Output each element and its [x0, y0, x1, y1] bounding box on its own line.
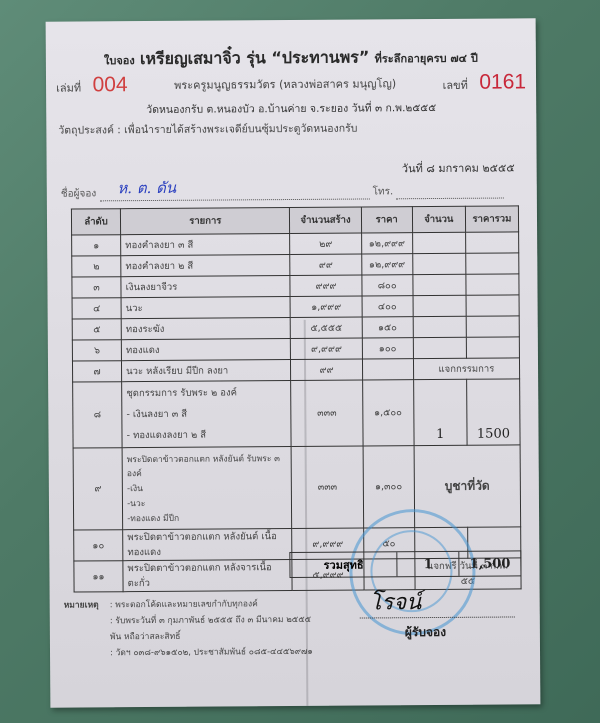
row-price	[362, 359, 413, 380]
row-number: ๙	[73, 448, 123, 530]
total-label: รวมสุทธิ	[290, 552, 397, 577]
notes: หมายเหตุ : พระตอกโค้ดและหมายเลขกำกับทุกอ…	[64, 596, 313, 662]
table-header: ลำดับ รายการ จำนวนสร้าง ราคา จำนวน ราคาร…	[71, 206, 518, 235]
note-line: : วัดฯ ๐๓๘-๙๖๑๕๐๒, ประชาสัมพันธ์ ๐๘๕-๔๔๕…	[110, 644, 313, 661]
col-no: ลำดับ	[71, 209, 120, 235]
row-price: ๘๐๐	[362, 275, 413, 296]
row-price: ๑๕๐	[362, 317, 413, 338]
row-number: ๑	[72, 235, 121, 256]
coin-title: เหรียญเสมาจิ๋ว รุ่น “ประทานพร”	[140, 47, 370, 68]
col-price: ราคา	[361, 207, 412, 233]
row-qty	[412, 232, 465, 253]
row-item: ชุดกรรมการ รับพระ ๒ องค์- เงินลงยา ๓ สี-…	[122, 381, 292, 448]
total-row: รวมสุทธิ 1 1,500	[289, 550, 521, 578]
coin-subtitle: ที่ระลึกอายุครบ ๗๔ ปี	[375, 52, 478, 66]
row-qty	[412, 253, 465, 274]
row-number: ๑๑	[74, 561, 123, 592]
row-price: ๑๒,๙๙๙	[361, 254, 412, 275]
item-sub: -เงิน	[127, 480, 287, 495]
note-line: : พระตอกโค้ดและหมายเลขกำกับทุกองค์	[110, 596, 313, 613]
book-row: เล่มที่ 004 พระครูมนูญธรรมวัตร (หลวงพ่อส…	[56, 70, 526, 97]
row-number: ๕	[72, 319, 121, 340]
row-total	[466, 316, 519, 337]
item-name: พระปิดตาข้าวตอกแตก หลังยันต์ รับพระ ๓ อง…	[127, 451, 288, 480]
row-qty	[413, 337, 466, 358]
row-made: ๙,๙๙๙	[291, 338, 362, 359]
form-prefix: ใบจอง	[104, 54, 135, 67]
row-made: ๕,๕๕๕	[291, 317, 362, 338]
reservation-form: ใบจอง เหรียญเสมาจิ๋ว รุ่น “ประทานพร” ที่…	[46, 18, 541, 707]
item-sub: - เงินลงยา ๓ สี	[126, 406, 286, 422]
form-date: วันที่ ๘ มกราคม ๒๕๕๕	[402, 158, 515, 177]
booker-name-value: ห. ต. ดัน	[117, 176, 176, 200]
row-item: ทองแดง	[121, 339, 291, 361]
serial-label: เลขที่	[443, 79, 468, 92]
row-note: แจกกรรมการ	[413, 358, 519, 380]
signature: โรจน์	[370, 584, 422, 619]
phone-label: โทร.	[373, 186, 394, 197]
item-name: นวะ หลังเรียบ มีปีก ลงยา	[126, 363, 286, 379]
total-qty: 1	[397, 552, 459, 576]
receiver-label: ผู้รับจอง	[405, 623, 446, 642]
row-item: ทองคำลงยา ๓ สี	[121, 234, 291, 256]
item-name: ชุดกรรมการ รับพระ ๒ องค์	[126, 385, 286, 401]
row-made: ๙๙๙	[290, 275, 361, 296]
item-name: นวะ	[126, 300, 286, 316]
item-name: ทองคำลงยา ๒ สี	[125, 258, 285, 274]
table-row: ๘ชุดกรรมการ รับพระ ๒ องค์- เงินลงยา ๓ สี…	[73, 379, 520, 448]
book-label: เล่มที่	[56, 81, 81, 94]
row-total: 1500	[466, 379, 520, 445]
row-item: ทองคำลงยา ๒ สี	[121, 255, 291, 277]
item-sub: - ทองแดงลงยา ๒ สี	[127, 427, 287, 443]
row-made: ๓๓๓	[291, 380, 363, 446]
row-number: ๑๐	[74, 530, 123, 561]
item-name: เงินลงยาจีวร	[126, 279, 286, 295]
row-made: ๓๓๓	[292, 446, 364, 528]
monk-name: พระครูมนูญธรรมวัตร (หลวงพ่อสาคร มนุญโญ)	[174, 74, 396, 94]
row-item: พระปิดตาข้าวตอกแตก หลังจารเนื้อตะกั่ว	[123, 560, 293, 592]
form-title: ใบจอง เหรียญเสมาจิ๋ว รุ่น “ประทานพร” ที่…	[46, 44, 536, 72]
item-name: พระปิดตาข้าวตอกแตก หลังจารเนื้อตะกั่ว	[127, 560, 288, 591]
item-sub: -ทองแดง มีปีก	[127, 510, 287, 525]
row-qty	[413, 295, 466, 316]
phone-field[interactable]	[396, 188, 504, 200]
item-sub: -นวะ	[127, 495, 287, 510]
temple-line: วัดหนองกรับ ต.หนองบัว อ.บ้านค่าย จ.ระยอง…	[46, 98, 536, 118]
row-price: ๑,๕๐๐	[362, 380, 414, 446]
row-number: ๗	[72, 361, 121, 382]
item-name: พระปิดตาข้าวตอกแตก หลังยันต์ เนื้อทองแดง	[127, 529, 288, 560]
item-name: ทองแดง	[126, 342, 286, 358]
row-price: ๑๐๐	[362, 338, 413, 359]
row-item: ทองระฆัง	[121, 318, 291, 340]
row-number: ๓	[72, 277, 121, 298]
row-qty	[413, 316, 466, 337]
row-number: ๔	[72, 298, 121, 319]
row-item: พระปิดตาข้าวตอกแตก หลังยันต์ รับพระ ๓ อง…	[122, 447, 292, 530]
row-number: ๖	[72, 340, 121, 361]
row-made: ๙๙	[291, 359, 362, 380]
row-qty: 1	[413, 379, 467, 445]
booker-name-field[interactable]: ห. ต. ดัน	[99, 184, 369, 201]
notes-label: หมายเหตุ	[64, 597, 110, 661]
row-made: ๙๙	[290, 254, 361, 275]
total-amount: 1,500	[459, 551, 521, 575]
col-item: รายการ	[121, 208, 291, 235]
purpose-line: วัตถุประสงค์ : เพื่อนำรายได้สร้างพระเจดี…	[58, 120, 357, 139]
row-total	[466, 337, 519, 358]
note-line: : รับพระวันที่ ๓ กุมภาพันธ์ ๒๕๕๕ ถึง ๓ ม…	[110, 612, 313, 629]
row-total	[465, 232, 518, 253]
row-total	[466, 274, 519, 295]
row-qty	[413, 274, 466, 295]
row-item: นวะ หลังเรียบ มีปีก ลงยา	[122, 360, 292, 382]
col-total: ราคารวม	[465, 206, 518, 232]
item-name: ทองระฆัง	[126, 321, 286, 337]
booker-row: ชื่อผู้จอง ห. ต. ดัน โทร.	[61, 183, 519, 201]
row-number: ๘	[73, 382, 123, 448]
col-qty: จำนวน	[412, 206, 465, 232]
row-total	[466, 295, 519, 316]
row-number: ๒	[72, 256, 121, 277]
table-row: ๙พระปิดตาข้าวตอกแตก หลังยันต์ รับพระ ๓ อ…	[73, 445, 521, 530]
row-made: ๑,๙๙๙	[291, 296, 362, 317]
row-total	[466, 253, 519, 274]
booker-name-label: ชื่อผู้จอง	[61, 188, 96, 199]
row-item: เงินลงยาจีวร	[121, 276, 291, 298]
item-name: ทองคำลงยา ๓ สี	[125, 237, 285, 253]
col-made: จำนวนสร้าง	[290, 207, 361, 233]
row-item: พระปิดตาข้าวตอกแตก หลังยันต์ เนื้อทองแดง	[123, 529, 293, 561]
row-price: ๔๐๐	[362, 296, 413, 317]
row-item: นวะ	[121, 297, 291, 319]
note-line: พัน หถือว่าสละสิทธิ์	[110, 628, 313, 645]
serial-number: 0161	[479, 70, 526, 93]
row-made: ๒๙	[290, 233, 361, 254]
row-price: ๑๒,๙๙๙	[361, 233, 412, 254]
book-number: 004	[92, 73, 127, 96]
